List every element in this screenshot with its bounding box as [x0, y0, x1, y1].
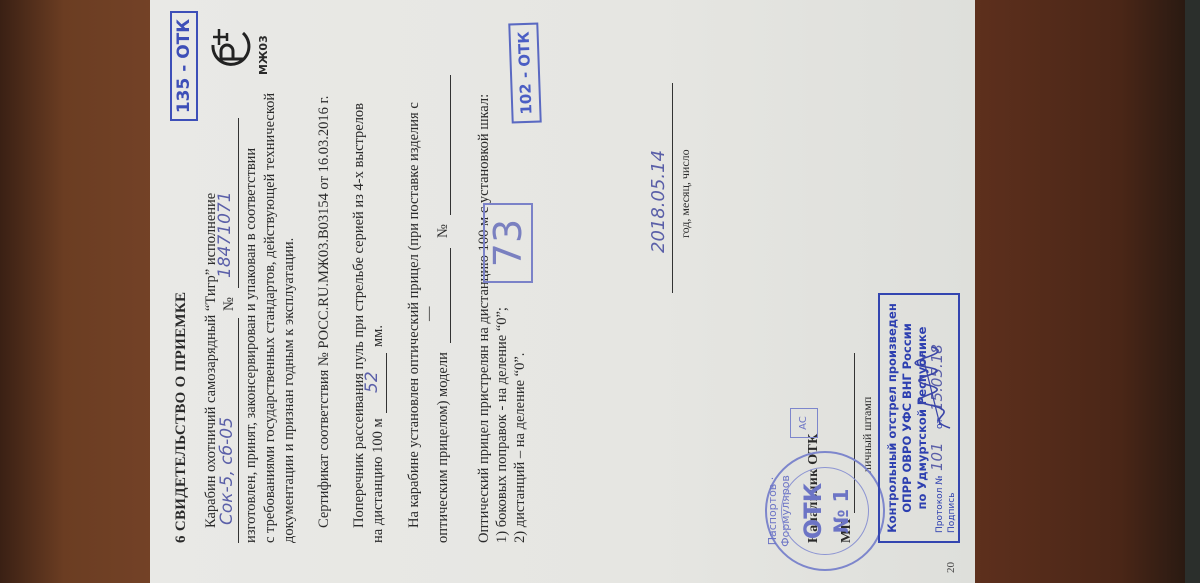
dispersion-line2: на дистанцию 100 м [369, 418, 387, 543]
rst-certification-icon [205, 23, 257, 75]
model-handwritten: Сок-5, сб-05 [218, 417, 236, 525]
document-page: 6 СВИДЕТЕЛЬСТВО О ПРИЕМКЕ Карабин охотни… [150, 0, 975, 583]
background-surface-left [0, 0, 160, 583]
scope-line2: оптическим прицелом) модели [434, 352, 452, 543]
protocol-label: Протокол № [935, 475, 945, 533]
date-caption: год, месяц, число [676, 149, 694, 238]
model-underline [238, 318, 239, 543]
stamp-otk-102: 102 - ОТК [508, 23, 541, 124]
signature-label: Подпись [947, 493, 957, 533]
personal-mini-stamp: АС [790, 408, 818, 438]
zeroing-item2: 2) дистанций – на деление “0”. [511, 353, 529, 543]
control-stamp-line1: Контрольный отстрел произведен [886, 295, 899, 541]
stamp-otk-135: 135 - ОТК [170, 11, 198, 121]
number-label: № [220, 297, 238, 311]
para1-line4: документации и признан годным к эксплуат… [280, 238, 298, 543]
scope-number-underline [450, 75, 451, 215]
dispersion-underline [386, 353, 387, 413]
document-page-wrapper: 6 СВИДЕТЕЛЬСТВО О ПРИЕМКЕ Карабин охотни… [150, 0, 975, 583]
page-number: 20 [945, 562, 957, 573]
serial-underline [238, 118, 239, 288]
round-otk-stamp: Паспортов · Формуляров ОТК № 1 [765, 451, 885, 571]
background-edge [1185, 0, 1200, 583]
round-stamp-line2: № 1 [829, 453, 853, 569]
para1-line3: с требованиями государственных стандарто… [261, 93, 279, 543]
certificate-line: Сертификат соответствия № РОСС.RU.МЖ03.В… [315, 96, 333, 528]
scope-dash: — [420, 307, 438, 322]
scope-model-underline [450, 248, 451, 343]
date-underline [672, 83, 673, 293]
section-title: 6 СВИДЕТЕЛЬСТВО О ПРИЕМКЕ [172, 292, 190, 543]
zeroing-item1: 1) боковых поправок - на деление “0”; [493, 307, 511, 543]
stamp-73: 73 [483, 203, 533, 283]
dispersion-line1: Поперечник рассеивания пуль при стрельбе… [350, 103, 368, 528]
protocol-value: 101 [928, 442, 946, 471]
date-handwritten: 2018.05.14 [650, 150, 668, 253]
cert-code: МЖ03 [257, 35, 270, 75]
para1-line2: изготовлен, принят, законсервирован и уп… [242, 148, 260, 543]
dispersion-value: 52 [363, 371, 381, 393]
scope-number-label: № [434, 224, 452, 238]
personal-stamp-caption: личный штамп [858, 397, 876, 473]
round-stamp-line1: ОТК [799, 453, 827, 569]
zeroing-line1: Оптический прицел пристрелян на дистанци… [475, 94, 493, 543]
handwritten-signature [910, 343, 970, 433]
serial-handwritten: 18471071 [216, 191, 234, 278]
dispersion-unit: мм. [369, 325, 387, 347]
background-surface-right [970, 0, 1185, 583]
